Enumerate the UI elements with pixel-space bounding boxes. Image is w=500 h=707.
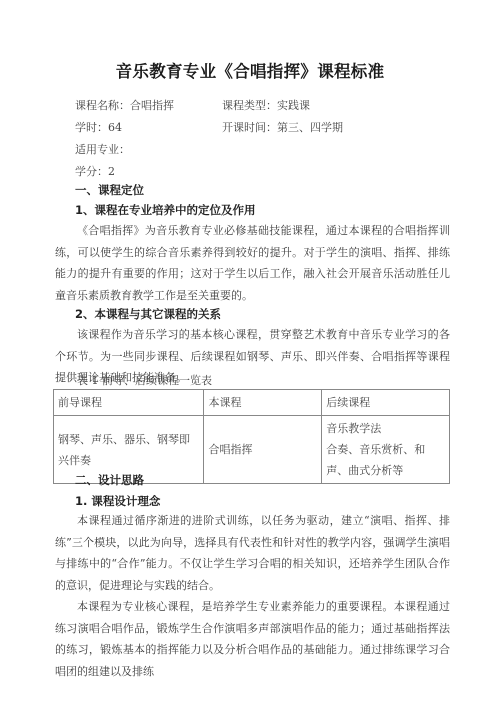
meta-credits: 学分：2 — [75, 163, 115, 179]
table-header-cell: 后续课程 — [322, 390, 450, 416]
paragraph-design-concept: 本课程通过循序渐进的进阶式训练，以任务为驱动，建立“演唱、指挥、排练”三个模块，… — [55, 510, 450, 596]
subsection-heading-1-2: 2、本课程与其它课程的关系 — [75, 306, 221, 322]
table-header-cell: 本课程 — [204, 390, 322, 416]
table-header-cell: 前导课程 — [54, 390, 204, 416]
meta-course-type: 课程类型：实践课 — [222, 97, 310, 113]
paragraph-core-course: 本课程为专业核心课程，是培养学生专业素养能力的重要课程。本课程通过练习演唱合唱作… — [55, 596, 450, 682]
subsection-heading-1-1: 1、课程在专业培养中的定位及作用 — [75, 202, 256, 218]
section-heading-2: 二、设计思路 — [75, 472, 144, 488]
document-page: 音乐教育专业《合唱指挥》课程标准 课程名称：合唱指挥 课程类型：实践课 学时：6… — [0, 0, 500, 707]
meta-major: 适用专业： — [75, 141, 130, 157]
table-cell-followup: 音乐教学法 合奏、音乐赏析、和声、曲式分析等 — [322, 416, 450, 484]
document-title: 音乐教育专业《合唱指挥》课程标准 — [0, 58, 500, 82]
table-caption: 表 1 前导、后续课程一览表 — [77, 372, 212, 388]
followup-line: 合奏、音乐赏析、和声、曲式分析等 — [326, 439, 445, 481]
paragraph-positioning: 《合唱指挥》为音乐教育专业必修基础技能课程，通过本课程的合唱指挥训练，可以使学生… — [55, 220, 450, 306]
meta-course-name: 课程名称：合唱指挥 — [75, 97, 174, 113]
followup-line: 音乐教学法 — [326, 418, 445, 439]
meta-term: 开课时间：第三、四学期 — [222, 119, 343, 135]
course-relation-table: 前导课程 本课程 后续课程 钢琴、声乐、器乐、钢琴即兴伴奏 合唱指挥 音乐教学法… — [53, 389, 450, 484]
table-header-row: 前导课程 本课程 后续课程 — [54, 390, 450, 416]
subsection-heading-2-1: 1. 课程设计理念 — [75, 493, 160, 509]
section-heading-1: 一、课程定位 — [75, 182, 144, 198]
meta-hours: 学时：64 — [75, 119, 122, 135]
table-cell-current: 合唱指挥 — [204, 416, 322, 484]
